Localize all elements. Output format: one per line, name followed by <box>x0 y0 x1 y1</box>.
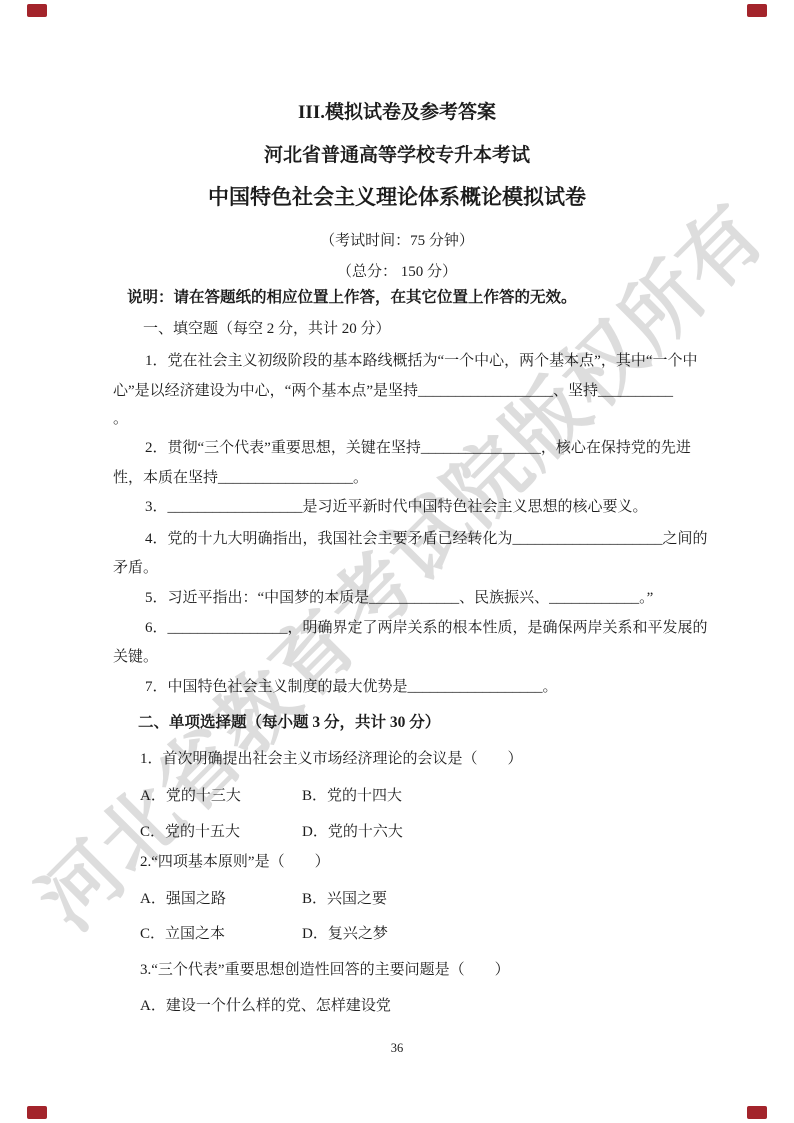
exam-name: 河北省普通高等学校专升本考试 <box>0 146 794 166</box>
fill-question-line: 4．党的十九大明确指出，我国社会主要矛盾已经转化为_______________… <box>145 529 708 549</box>
choice-option-row: A．强国之路B．兴国之要 <box>140 889 464 909</box>
fill-question-line: 3．__________________是习近平新时代中国特色社会主义思想的核心… <box>145 497 648 517</box>
choice-option-row: C．党的十五大D．党的十六大 <box>140 822 464 842</box>
option-c: C．党的十五大 <box>140 822 302 842</box>
choice-question-stem: 3.“三个代表”重要思想创造性回答的主要问题是（ ） <box>140 960 510 980</box>
fill-question-line: 2．贯彻“三个代表”重要思想，关键在坚持________________，核心在… <box>145 438 691 458</box>
fill-question-line: 7．中国特色社会主义制度的最大优势是__________________。 <box>145 677 558 697</box>
choice-question-stem: 2.“四项基本原则”是（ ） <box>140 852 330 872</box>
exam-time: （考试时间：75 分钟） <box>0 231 794 251</box>
fill-question-line: 矛盾。 <box>113 558 158 578</box>
paper-title: 中国特色社会主义理论体系概论模拟试卷 <box>0 187 794 207</box>
section2-heading: 二、单项选择题（每小题 3 分，共计 30 分） <box>138 713 440 733</box>
fill-question-line: 6．________________，明确界定了两岸关系的根本性质，是确保两岸关… <box>145 618 708 638</box>
exam-paper-page: 河北省教育考试院版权所有 III.模拟试卷及参考答案 河北省普通高等学校专升本考… <box>0 0 794 1123</box>
fill-question-line: 5．习近平指出：“中国梦的本质是____________、民族振兴、______… <box>145 588 653 608</box>
option-a: A．建设一个什么样的党、怎样建设党 <box>140 996 391 1016</box>
corner-registration-mark <box>747 4 767 17</box>
option-a: A．党的十三大 <box>140 786 302 806</box>
corner-registration-mark <box>27 1106 47 1119</box>
option-d: D．党的十六大 <box>302 822 464 842</box>
option-a: A．强国之路 <box>140 889 302 909</box>
total-score: （总分： 150 分） <box>0 262 794 282</box>
fill-question-line: 1．党在社会主义初级阶段的基本路线概括为“一个中心，两个基本点”，其中“一个中 <box>145 351 697 371</box>
choice-option-row: C．立国之本D．复兴之梦 <box>140 924 464 944</box>
corner-registration-mark <box>747 1106 767 1119</box>
page-number: 36 <box>0 1041 794 1056</box>
choice-option-row: A．建设一个什么样的党、怎样建设党 <box>140 996 391 1016</box>
fill-question-line: 心”是以经济建设为中心，“两个基本点”是坚持__________________… <box>113 381 673 401</box>
section1-heading: 一、填空题（每空 2 分，共计 20 分） <box>143 319 391 339</box>
fill-question-line: 关键。 <box>113 647 158 667</box>
choice-option-row: A．党的十三大B．党的十四大 <box>140 786 464 806</box>
fill-question-line: 。 <box>113 409 128 429</box>
choice-question-stem: 1．首次明确提出社会主义市场经济理论的会议是（ ） <box>140 749 523 769</box>
option-d: D．复兴之梦 <box>302 924 464 944</box>
option-c: C．立国之本 <box>140 924 302 944</box>
option-b: B．党的十四大 <box>302 786 464 806</box>
option-b: B．兴国之要 <box>302 889 464 909</box>
doc-title: III.模拟试卷及参考答案 <box>0 103 794 123</box>
document-content: III.模拟试卷及参考答案 河北省普通高等学校专升本考试 中国特色社会主义理论体… <box>0 0 794 1123</box>
fill-question-line: 性，本质在坚持__________________。 <box>113 468 368 488</box>
corner-registration-mark <box>27 4 47 17</box>
instructions: 说明：请在答题纸的相应位置上作答，在其它位置上作答的无效。 <box>127 288 577 308</box>
